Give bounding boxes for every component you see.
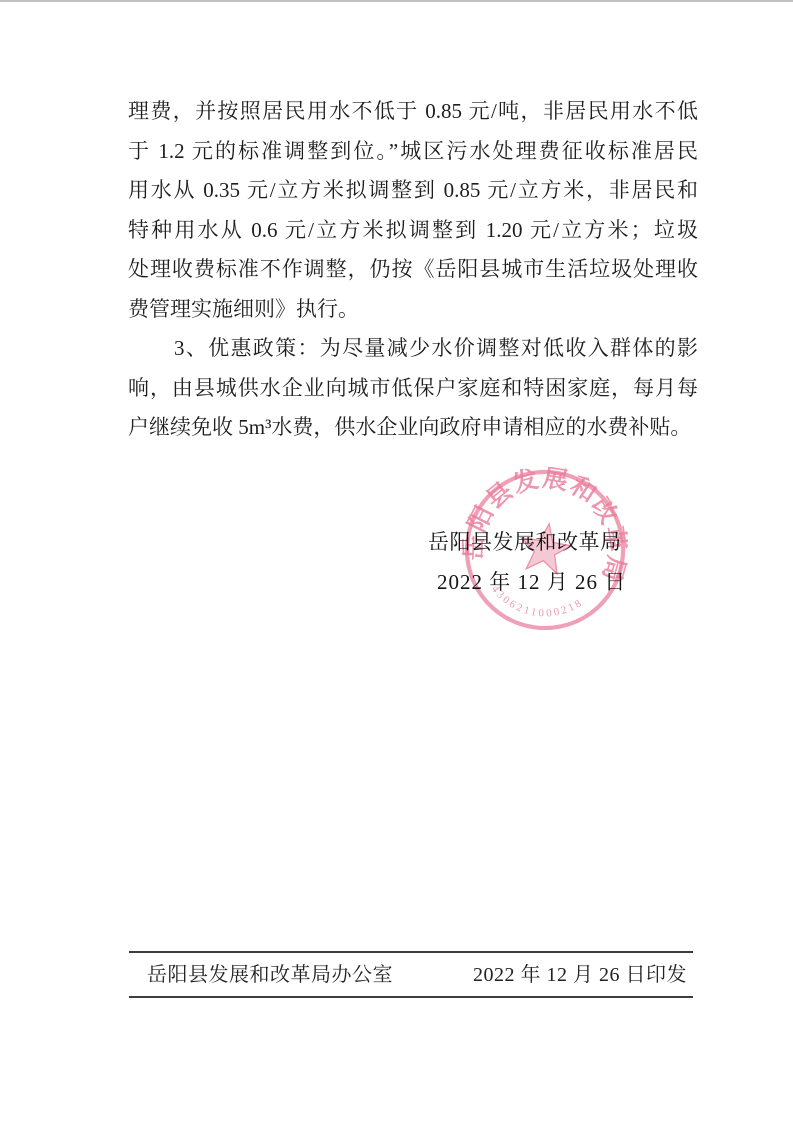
footer: 岳阳县发展和改革局办公室 2022 年 12 月 26 日印发 [129, 961, 693, 989]
seal-ring-text: 岳阳县发展和改革局 [462, 467, 628, 586]
body-line: 用水从 0.35 元/立方米拟调整到 0.85 元/立方米，非居民和 [128, 171, 698, 211]
footer-office: 岳阳县发展和改革局办公室 [147, 961, 393, 989]
body-line: 特种用水从 0.6 元/立方米拟调整到 1.20 元/立方米；垃圾 [128, 211, 698, 251]
body-line: 响，由县城供水企业向城市低保户家庭和特困家庭，每月每 [128, 369, 698, 409]
scan-edge-artifact [0, 0, 793, 2]
official-seal: 岳阳县发展和改革局 4306211000218 [462, 467, 628, 633]
body-line: 费管理实施细则》执行。 [128, 290, 698, 330]
svg-text:4306211000218: 4306211000218 [486, 582, 587, 626]
svg-text:岳阳县发展和改革局: 岳阳县发展和改革局 [462, 467, 628, 586]
body-line: 户继续免收 5m³水费，供水企业向政府申请相应的水费补贴。 [128, 408, 698, 448]
body-paragraphs: 理费，并按照居民用水不低于 0.85 元/吨，非居民用水不低 于 1.2 元的标… [128, 92, 698, 448]
seal-star-icon [517, 520, 574, 575]
footer-rule-bottom [129, 996, 693, 998]
body-line: 于 1.2 元的标准调整到位。”城区污水处理费征收标准居民 [128, 132, 698, 172]
body-line: 处理收费标准不作调整，仍按《岳阳县城市生活垃圾处理收 [128, 250, 698, 290]
footer-rule-top [129, 951, 693, 953]
seal-code: 4306211000218 [486, 582, 587, 626]
footer-print-date: 2022 年 12 月 26 日印发 [473, 961, 687, 989]
body-line: 3、优惠政策：为尽量减少水价调整对低收入群体的影 [128, 329, 698, 369]
body-line: 理费，并按照居民用水不低于 0.85 元/吨，非居民用水不低 [128, 92, 698, 132]
document-page: 理费，并按照居民用水不低于 0.85 元/吨，非居民用水不低 于 1.2 元的标… [0, 0, 793, 1121]
